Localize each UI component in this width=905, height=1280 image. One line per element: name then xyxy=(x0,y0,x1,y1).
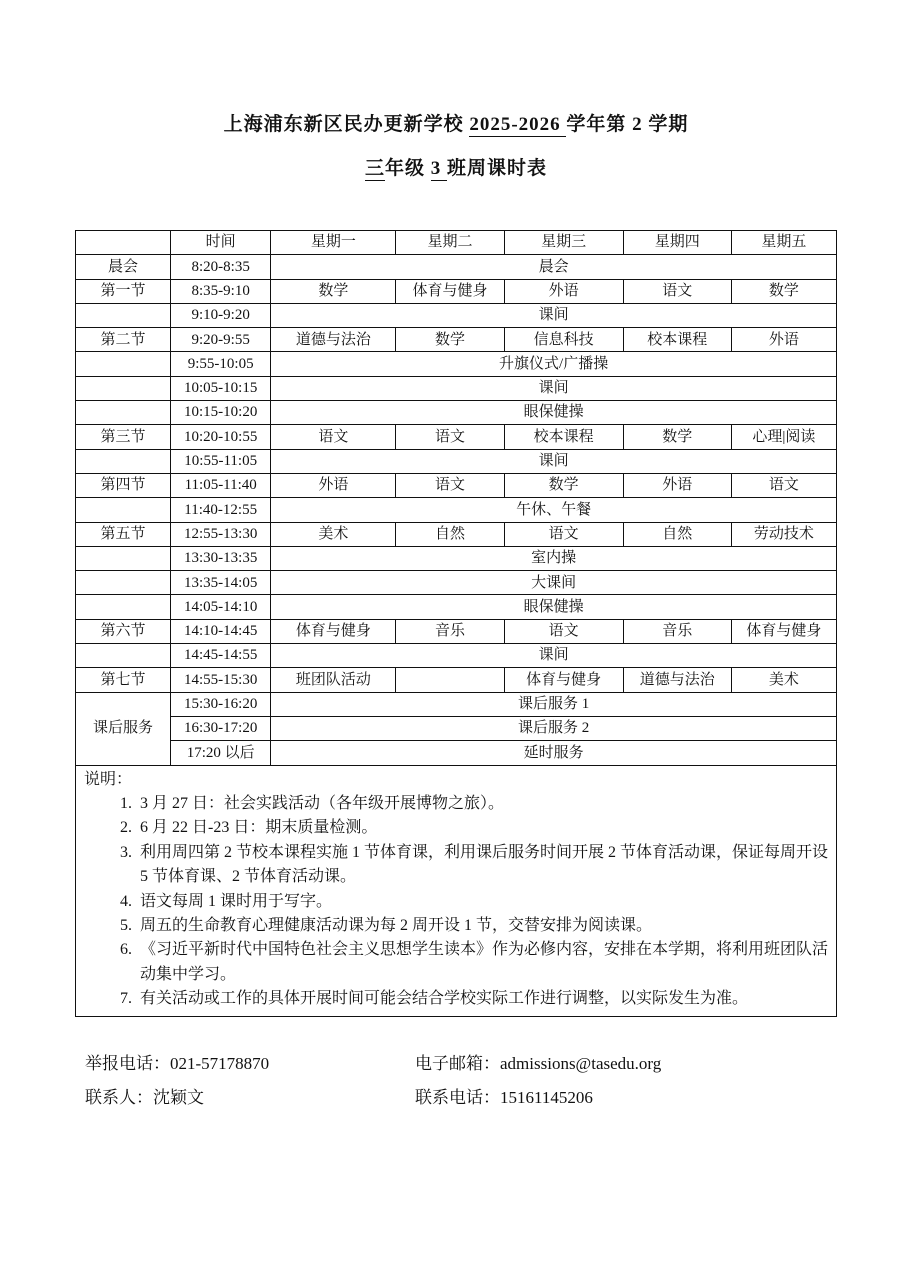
subject-cell: 道德与法治 xyxy=(271,328,396,352)
subtitle-suffix: 班周课时表 xyxy=(447,158,547,179)
subject-cell: 劳动技术 xyxy=(731,522,836,546)
document-page: 上海浦东新区民办更新学校 2025-2026 学年第 2 学期 三年级 3 班周… xyxy=(0,0,905,1280)
subject-cell: 美术 xyxy=(271,522,396,546)
title-school-name: 上海浦东新区民办更新学校 xyxy=(224,114,470,135)
merged-activity-cell: 课后服务 1 xyxy=(271,692,837,716)
time-cell: 17:20 以后 xyxy=(171,741,271,765)
notes-heading: 说明： xyxy=(84,768,828,792)
header-cell: 星期四 xyxy=(623,231,731,255)
footer-left-column: 举报电话：021-57178870 联系人：沈颖文 xyxy=(85,1047,415,1115)
merged-activity-cell: 升旗仪式/广播操 xyxy=(271,352,837,376)
merged-activity-cell: 课间 xyxy=(271,303,837,327)
period-label-cell: 第三节 xyxy=(76,425,171,449)
time-cell: 8:35-9:10 xyxy=(171,279,271,303)
subject-cell: 校本课程 xyxy=(504,425,623,449)
timetable-row: 晨会8:20-8:35晨会 xyxy=(76,255,837,279)
period-label-cell: 第二节 xyxy=(76,328,171,352)
subject-cell: 自然 xyxy=(396,522,504,546)
note-item: 语文每周 1 课时用于写字。 xyxy=(136,890,828,914)
time-cell: 10:20-10:55 xyxy=(171,425,271,449)
subtitle-grade: 三 xyxy=(365,158,385,181)
timetable-row: 第七节14:55-15:30班团队活动体育与健身道德与法治美术 xyxy=(76,668,837,692)
period-label-cell xyxy=(76,498,171,522)
subject-cell: 音乐 xyxy=(623,619,731,643)
time-cell: 16:30-17:20 xyxy=(171,716,271,740)
subject-cell: 体育与健身 xyxy=(504,668,623,692)
header-cell: 时间 xyxy=(171,231,271,255)
subject-cell: 体育与健身 xyxy=(731,619,836,643)
timetable-row: 11:40-12:55午休、午餐 xyxy=(76,498,837,522)
time-cell: 9:55-10:05 xyxy=(171,352,271,376)
time-cell: 10:15-10:20 xyxy=(171,401,271,425)
timetable-row: 14:05-14:10眼保健操 xyxy=(76,595,837,619)
header-cell: 星期五 xyxy=(731,231,836,255)
subject-cell: 数学 xyxy=(504,473,623,497)
period-label-cell xyxy=(76,352,171,376)
time-cell: 12:55-13:30 xyxy=(171,522,271,546)
timetable-row: 13:30-13:35室内操 xyxy=(76,546,837,570)
subject-cell: 语文 xyxy=(271,425,396,449)
timetable-row: 10:05-10:15课间 xyxy=(76,376,837,400)
subject-cell: 心理|阅读 xyxy=(731,425,836,449)
time-cell: 11:05-11:40 xyxy=(171,473,271,497)
time-cell: 9:20-9:55 xyxy=(171,328,271,352)
timetable-row: 17:20 以后延时服务 xyxy=(76,741,837,765)
period-label-cell: 第四节 xyxy=(76,473,171,497)
contact-footer: 举报电话：021-57178870 联系人：沈颖文 电子邮箱：admission… xyxy=(75,1047,837,1115)
timetable-row: 16:30-17:20课后服务 2 xyxy=(76,716,837,740)
subject-cell: 数学 xyxy=(731,279,836,303)
merged-activity-cell: 延时服务 xyxy=(271,741,837,765)
timetable-row: 10:55-11:05课间 xyxy=(76,449,837,473)
time-cell: 14:10-14:45 xyxy=(171,619,271,643)
subject-cell: 自然 xyxy=(623,522,731,546)
timetable-row: 13:35-14:05大课间 xyxy=(76,571,837,595)
subject-cell: 班团队活动 xyxy=(271,668,396,692)
period-label-cell xyxy=(76,376,171,400)
period-label-cell: 第一节 xyxy=(76,279,171,303)
timetable-row: 第三节10:20-10:55语文语文校本课程数学心理|阅读 xyxy=(76,425,837,449)
period-label-cell xyxy=(76,546,171,570)
title-block: 上海浦东新区民办更新学校 2025-2026 学年第 2 学期 三年级 3 班周… xyxy=(75,0,837,181)
merged-activity-cell: 课后服务 2 xyxy=(271,716,837,740)
subject-cell: 语文 xyxy=(623,279,731,303)
time-cell: 8:20-8:35 xyxy=(171,255,271,279)
header-cell: 星期一 xyxy=(271,231,396,255)
document-content: 上海浦东新区民办更新学校 2025-2026 学年第 2 学期 三年级 3 班周… xyxy=(75,0,837,1115)
subject-cell: 语文 xyxy=(504,619,623,643)
subject-cell: 数学 xyxy=(396,328,504,352)
time-cell: 9:10-9:20 xyxy=(171,303,271,327)
subject-cell: 语文 xyxy=(731,473,836,497)
subject-cell: 信息科技 xyxy=(504,328,623,352)
note-item: 利用周四第 2 节校本课程实施 1 节体育课，利用课后服务时间开展 2 节体育活… xyxy=(136,841,828,890)
note-item: 《习近平新时代中国特色社会主义思想学生读本》作为必修内容，安排在本学期，将利用班… xyxy=(136,938,828,987)
timetable-row: 第一节8:35-9:10数学体育与健身外语语文数学 xyxy=(76,279,837,303)
subject-cell: 校本课程 xyxy=(623,328,731,352)
merged-activity-cell: 课间 xyxy=(271,376,837,400)
subject-cell: 外语 xyxy=(731,328,836,352)
subject-cell: 语文 xyxy=(396,473,504,497)
title-school-year: 2025-2026 xyxy=(469,114,566,137)
subject-cell: 体育与健身 xyxy=(396,279,504,303)
notes-section: 说明： 3 月 27 日：社会实践活动（各年级开展博物之旅）。6 月 22 日-… xyxy=(75,766,837,1017)
subject-cell: 语文 xyxy=(504,522,623,546)
timetable-row: 14:45-14:55课间 xyxy=(76,644,837,668)
subject-cell: 音乐 xyxy=(396,619,504,643)
subject-cell: 体育与健身 xyxy=(271,619,396,643)
report-phone: 举报电话：021-57178870 xyxy=(85,1047,415,1081)
title-semester: 学年第 2 学期 xyxy=(566,114,688,135)
subject-cell: 外语 xyxy=(271,473,396,497)
contact-person: 联系人：沈颖文 xyxy=(85,1081,415,1115)
merged-activity-cell: 眼保健操 xyxy=(271,401,837,425)
contact-phone: 联系电话：15161145206 xyxy=(415,1081,661,1115)
time-cell: 14:05-14:10 xyxy=(171,595,271,619)
period-label-cell xyxy=(76,303,171,327)
timetable-row: 第二节9:20-9:55道德与法治数学信息科技校本课程外语 xyxy=(76,328,837,352)
timetable-row: 第六节14:10-14:45体育与健身音乐语文音乐体育与健身 xyxy=(76,619,837,643)
email-address: 电子邮箱：admissions@tasedu.org xyxy=(415,1047,661,1081)
notes-list: 3 月 27 日：社会实践活动（各年级开展博物之旅）。6 月 22 日-23 日… xyxy=(84,792,828,1012)
period-label-cell xyxy=(76,401,171,425)
time-cell: 14:45-14:55 xyxy=(171,644,271,668)
note-item: 6 月 22 日-23 日：期末质量检测。 xyxy=(136,816,828,840)
timetable-header-row: 时间星期一星期二星期三星期四星期五 xyxy=(76,231,837,255)
time-cell: 10:05-10:15 xyxy=(171,376,271,400)
time-cell: 11:40-12:55 xyxy=(171,498,271,522)
document-subtitle: 三年级 3 班周课时表 xyxy=(75,157,837,181)
timetable-row: 第五节12:55-13:30美术自然语文自然劳动技术 xyxy=(76,522,837,546)
weekly-timetable: 时间星期一星期二星期三星期四星期五 晨会8:20-8:35晨会第一节8:35-9… xyxy=(75,230,837,766)
timetable-row: 课后服务15:30-16:20课后服务 1 xyxy=(76,692,837,716)
subject-cell: 数学 xyxy=(271,279,396,303)
time-cell: 13:30-13:35 xyxy=(171,546,271,570)
merged-activity-cell: 晨会 xyxy=(271,255,837,279)
note-item: 有关活动或工作的具体开展时间可能会结合学校实际工作进行调整，以实际发生为准。 xyxy=(136,987,828,1011)
merged-activity-cell: 课间 xyxy=(271,449,837,473)
header-cell xyxy=(76,231,171,255)
subject-cell xyxy=(396,668,504,692)
period-label-cell: 晨会 xyxy=(76,255,171,279)
note-item: 周五的生命教育心理健康活动课为每 2 周开设 1 节，交替安排为阅读课。 xyxy=(136,914,828,938)
subtitle-grade-word: 年级 xyxy=(385,158,431,179)
timetable-row: 第四节11:05-11:40外语语文数学外语语文 xyxy=(76,473,837,497)
timetable-row: 9:55-10:05升旗仪式/广播操 xyxy=(76,352,837,376)
subject-cell: 道德与法治 xyxy=(623,668,731,692)
subject-cell: 数学 xyxy=(623,425,731,449)
merged-activity-cell: 室内操 xyxy=(271,546,837,570)
timetable-row: 9:10-9:20课间 xyxy=(76,303,837,327)
subject-cell: 外语 xyxy=(623,473,731,497)
footer-right-column: 电子邮箱：admissions@tasedu.org 联系电话：15161145… xyxy=(415,1047,661,1115)
merged-activity-cell: 大课间 xyxy=(271,571,837,595)
period-label-cell xyxy=(76,595,171,619)
period-label-cell: 第六节 xyxy=(76,619,171,643)
merged-activity-cell: 课间 xyxy=(271,644,837,668)
subject-cell: 语文 xyxy=(396,425,504,449)
period-label-cell xyxy=(76,571,171,595)
period-label-cell xyxy=(76,449,171,473)
period-label-cell: 第七节 xyxy=(76,668,171,692)
time-cell: 15:30-16:20 xyxy=(171,692,271,716)
time-cell: 14:55-15:30 xyxy=(171,668,271,692)
header-cell: 星期三 xyxy=(504,231,623,255)
time-cell: 13:35-14:05 xyxy=(171,571,271,595)
period-label-cell: 第五节 xyxy=(76,522,171,546)
period-label-cell xyxy=(76,644,171,668)
time-cell: 10:55-11:05 xyxy=(171,449,271,473)
period-label-cell: 课后服务 xyxy=(76,692,171,765)
note-item: 3 月 27 日：社会实践活动（各年级开展博物之旅）。 xyxy=(136,792,828,816)
merged-activity-cell: 眼保健操 xyxy=(271,595,837,619)
subject-cell: 外语 xyxy=(504,279,623,303)
merged-activity-cell: 午休、午餐 xyxy=(271,498,837,522)
subtitle-class-number: 3 xyxy=(431,158,447,181)
header-cell: 星期二 xyxy=(396,231,504,255)
timetable-row: 10:15-10:20眼保健操 xyxy=(76,401,837,425)
document-title: 上海浦东新区民办更新学校 2025-2026 学年第 2 学期 xyxy=(75,113,837,137)
subject-cell: 美术 xyxy=(731,668,836,692)
